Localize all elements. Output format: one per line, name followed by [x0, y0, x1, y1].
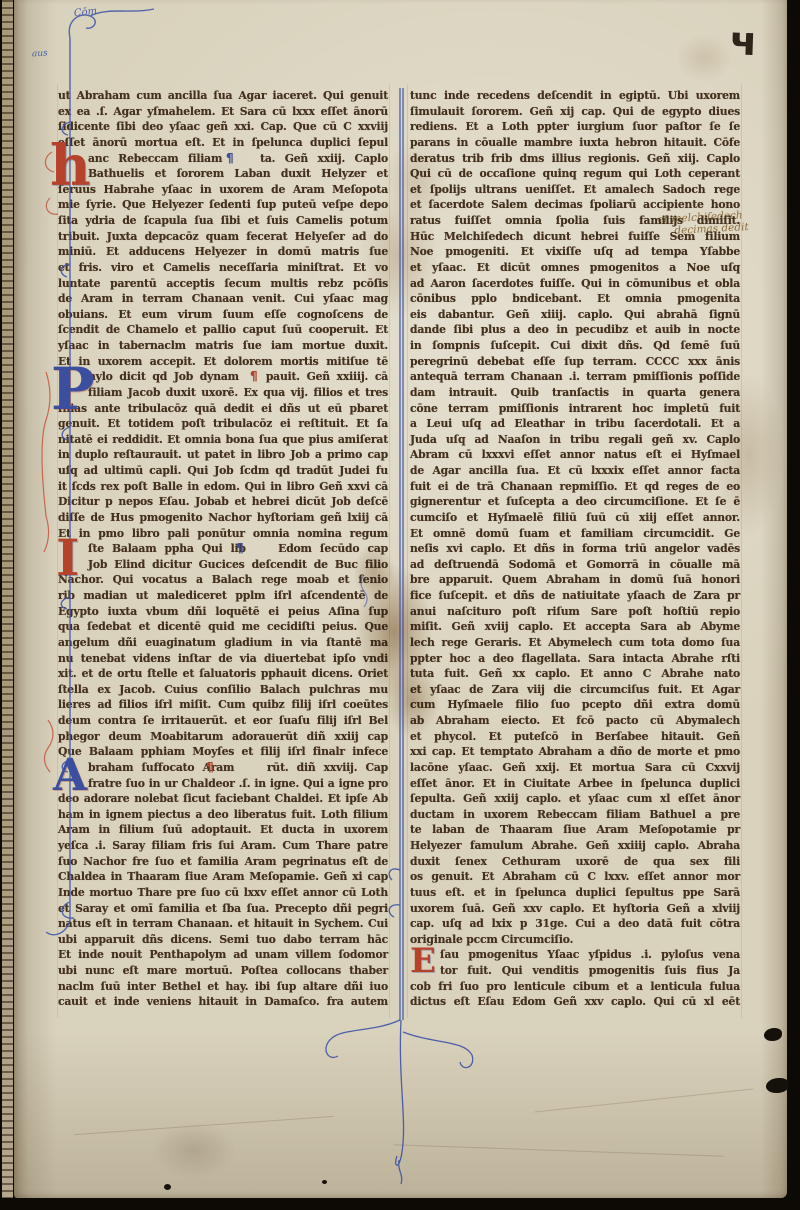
manuscript-line: phegor deum Moabitarum adorauerūt diñ xx…: [58, 729, 388, 745]
manuscript-line: in duplo reſtaurauit. ut patet in libro …: [58, 447, 388, 463]
parchment-crease: [394, 1144, 724, 1157]
margin-mark: aus: [32, 49, 48, 59]
manuscript-line: et phycol. Et puteſcō in Berſabee hitaui…: [410, 729, 740, 745]
manuscript-line: nitatē ei reddidit. Et omnia bona ſua qu…: [58, 432, 388, 448]
capitulum-mark: ¶: [250, 369, 257, 383]
manuscript-line: Aram in filium ſuū adoptauit. Et ducta i…: [58, 822, 388, 838]
manuscript-page: ч Cōm aus: [14, 0, 787, 1198]
manuscript-line: hylo dicit qd Job dynam pauit. Geñ xxiii…: [58, 369, 388, 385]
manuscript-line: tunc inde recedens deſcendit in egiptū. …: [410, 88, 740, 104]
manuscript-line: bre apparuit. Quem Abraham in domū ſuā h…: [410, 572, 740, 588]
manuscript-line: os genuit. Et Abraham cū C lxxv. eſſet a…: [410, 869, 740, 885]
manuscript-line: antequā terram Chanaan .i. terram pmiſſi…: [410, 369, 740, 385]
manuscript-line: et yſaac de Zara viij die circumciſus fu…: [410, 682, 740, 698]
manuscript-line: originale pccm Circumciſio.: [410, 932, 740, 948]
underlying-folio-edge: [2, 0, 13, 1198]
manuscript-line: ad deſtruendā Sodomā et Gomorrā in cōual…: [410, 557, 740, 573]
manuscript-line: tor fuit. Qui venditis pmogenitis ſuis f…: [410, 963, 740, 979]
manuscript-line: te laban de Thaaram ſiue Aram Meſopotami…: [410, 822, 740, 838]
manuscript-line: Hūc Melchiſedech dicunt hebrei fuiſſe Se…: [410, 229, 740, 245]
manuscript-line: Helyezer famulum Abrahe. Geñ xxiiij capl…: [410, 838, 740, 854]
text-column-left: ut Abraham cum ancilla ſua Agar iaceret.…: [58, 88, 388, 1018]
manuscript-line: et Saray et omī familia et ſba ſua. Prec…: [58, 901, 388, 917]
manuscript-line: angelum dñi euaginatum gladium in via ſt…: [58, 635, 388, 651]
manuscript-line: uſq ad ultimū capli. Qui Job ſcdm qd tra…: [58, 463, 388, 479]
capitulum-mark: ¶: [236, 541, 243, 555]
manuscript-line: Chaldea in Thaaram ſiue Aram Meſopamie. …: [58, 869, 388, 885]
manuscript-line: fratre ſuo in ur Chaldeor .ſ. in igne. Q…: [58, 776, 388, 792]
manuscript-line: qua ſedebat et dicentē quid me cecidiſti…: [58, 619, 388, 635]
manuscript-line: ad Aaron ſacerdotes fuiſſe. Qui in cōmun…: [410, 276, 740, 292]
capitulum-mark: ¶: [206, 760, 213, 774]
manuscript-line: natus eſt in terram Chanaan. et hitauit …: [58, 916, 388, 932]
manuscript-line: miniū. Et adducens Helyezer in domū matr…: [58, 244, 388, 260]
drop-cap-i: I: [56, 535, 79, 580]
manuscript-line: Nachor. Qui vocatus a Balach rege moab e…: [58, 572, 388, 588]
manuscript-line: deum contra ſe irritauerūt. et eor ſuaſu…: [58, 713, 388, 729]
manuscript-line: de Agar ancilla ſua. Et cū lxxxix eſſet …: [410, 463, 740, 479]
capitulum-mark: ¶: [226, 151, 233, 165]
drop-cap-a: A: [53, 756, 87, 796]
manuscript-line: Job Elind dicitur Gucices deſcendit de B…: [58, 557, 388, 573]
manuscript-line: Noe pmogeniti. Et vixiſſe uſq ad tempa Y…: [410, 244, 740, 260]
manuscript-line: eſſet ānor. Et in Ciuitate Arbee in ſpel…: [410, 776, 740, 792]
manuscript-line: genuit. Et totidem poſt tribulacōz ei re…: [58, 416, 388, 432]
manuscript-line: Que Balaam pphiam Moyſes et filij iſrl f…: [58, 744, 388, 760]
manuscript-line: tuta fuit. Geñ xx caplo. Et anno C Abrah…: [410, 666, 740, 682]
ink-speck: [322, 1180, 327, 1184]
manuscript-line: cōne terram pmiſſionis intrarent hoc imp…: [410, 401, 740, 417]
manuscript-line: ubi nunc eſt mare mortuū. Poſtea colloca…: [58, 963, 388, 979]
manuscript-line: luntate parentū acceptis ſecum multis re…: [58, 276, 388, 292]
manuscript-line: lech rege Geraris. Et Abymelech cum tota…: [410, 635, 740, 651]
manuscript-line: et yſaac. Et dicūt omnes pmogenitos a No…: [410, 260, 740, 276]
manuscript-line: lieres ad filios iſrl miſit. Cum quibz f…: [58, 697, 388, 713]
manuscript-line: ſte Balaam ppha Qui lib Edom ſecūdo cap: [58, 541, 388, 557]
drop-cap-h: h: [50, 141, 91, 191]
manuscript-line: peregrinū debebat eſſe ſup terram. CCCC …: [410, 354, 740, 370]
manuscript-line: Et in uxorem accepit. Et dolorem mortis …: [58, 354, 388, 370]
manuscript-line: eis dabantur. Geñ xiiij. caplo. Qui abra…: [410, 307, 740, 323]
manuscript-line: a Leui uſq ad Eleathar in tribu ſacerdot…: [410, 416, 740, 432]
manuscript-scan: { "page": { "folio_number": "4", "folio_…: [0, 0, 800, 1210]
manuscript-line: ubi apparuit dñs dicens. Semi tuo dabo t…: [58, 932, 388, 948]
manuscript-line: xxi cap. Et temptato Abraham a dño de mo…: [410, 744, 740, 760]
text-column-right: tunc inde recedens deſcendit in egiptū. …: [410, 88, 740, 1018]
manuscript-line: cob fri ſuo pro lenticule cibum et a len…: [410, 979, 740, 995]
manuscript-line: tribuit. Juxta depcacōz quam fecerat Hel…: [58, 229, 388, 245]
manuscript-line: cum Hyſmaele filio ſuo pcepto dñi extra …: [410, 697, 740, 713]
manuscript-line: parans in cōualle mambre iuxta hebron hi…: [410, 135, 740, 151]
manuscript-line: duxit ſenex Cethuram uxorē de qua sex fi…: [410, 854, 740, 870]
manuscript-line: eſſet ānorū mortua eſt. Et in ſpelunca d…: [58, 135, 388, 151]
manuscript-line: ſidicente ſibi deo yſaac geñ xxi. Cap. Q…: [58, 119, 388, 135]
manuscript-line: it ſcds rex poſt Balle in edom. Qui in l…: [58, 479, 388, 495]
manuscript-line: Et in pmo libro pali ponūtur omnia nomin…: [58, 526, 388, 542]
manuscript-line: ſau pmogenitus Yſaac yſpidus .i. pyloſus…: [410, 947, 740, 963]
parchment-crease: [74, 1116, 333, 1135]
manuscript-line: dande ſibi plus a deo in pecudibz et aui…: [410, 322, 740, 338]
manuscript-line: obuians. Et eum virum ſuum eſſe cognoſce…: [58, 307, 388, 323]
manuscript-line: cōnibus pplo bndicebant. Et omnia pmogen…: [410, 291, 740, 307]
ink-blot: [764, 1028, 782, 1041]
manuscript-line: neſis xvi caplo. Et dñs in forma triū an…: [410, 541, 740, 557]
manuscript-line: fice ſuſcepit. et dñs de natiuitate yſaa…: [410, 588, 740, 604]
manuscript-line: et fris. viro et Camelis neceſſaria mini…: [58, 260, 388, 276]
manuscript-line: rib madian ut malediceret pplm iſrl aſce…: [58, 588, 388, 604]
manuscript-line: ſtella ex Jacob. Cuius conſilio Balach p…: [58, 682, 388, 698]
manuscript-line: anc Rebeccam filiam ta. Geñ xxiij. Caplo: [58, 151, 388, 167]
manuscript-line: Dicitur p nepos Eſau. Jobab et hebrei di…: [58, 494, 388, 510]
manuscript-line: deratus trib frib dms illius regionis. G…: [410, 151, 740, 167]
manuscript-line: ſimulauit ſororem. Geñ xij cap. Qui de e…: [410, 104, 740, 120]
manuscript-line: yeſca .i. Saray filiam fris ſui Aram. Cu…: [58, 838, 388, 854]
manuscript-line: Et omnē domū ſuam et familiam circumcidi…: [410, 526, 740, 542]
manuscript-line: ſita ydria de ſcapula ſua ſibi et ſuis C…: [58, 213, 388, 229]
manuscript-line: tuus eſt. et in ſpelunca duplici ſepultu…: [410, 885, 740, 901]
manuscript-line: filias ante tribulacōz quā dedit ei dñs …: [58, 401, 388, 417]
manuscript-line: nu tenebat videns inſtar de via diuerteb…: [58, 651, 388, 667]
manuscript-line: braham ſuffocato Aram rūt. diñ xxviij. C…: [58, 760, 388, 776]
manuscript-line: Et inde nouit Penthapolym ad unam villem…: [58, 947, 388, 963]
manuscript-line: cauit et inde veniens hitauit in Damaſco…: [58, 994, 388, 1010]
ink-speck: [164, 1184, 171, 1190]
manuscript-line: Juda uſq ad Naaſon in tribu regali geñ x…: [410, 432, 740, 448]
drop-cap-e: E: [410, 946, 436, 977]
manuscript-line: ppter hoc a deo flagellata. Sara intacta…: [410, 651, 740, 667]
folio-number: ч: [729, 21, 776, 63]
manuscript-line: ſcendit de Chamelo et pallio caput ſuū c…: [58, 322, 388, 338]
manuscript-line: cap. uſq ad lxix p 31ge. Cui a deo datā …: [410, 916, 740, 932]
manuscript-line: uxorem ſuā. Geñ xxv caplo. Et hyſtoria G…: [410, 901, 740, 917]
ruling-line: [407, 84, 408, 1018]
manuscript-line: Abram cū lxxxvi eſſet annor natus eſt ei…: [410, 447, 740, 463]
manuscript-line: ſuo Nachor fre ſuo et familia Aram pegri…: [58, 854, 388, 870]
manuscript-line: ſepulta. Geñ xxiij caplo. et yſaac cum x…: [410, 791, 740, 807]
manuscript-line: dictus eſt Eſau Edom Geñ xxv caplo. Qui …: [410, 994, 740, 1010]
manuscript-line: gignerentur et ſuſcepta a deo circumciſi…: [410, 494, 740, 510]
manuscript-line: filiam Jacob duxit uxorē. Ex qua vij. fi…: [58, 385, 388, 401]
manuscript-line: anui naſcituro poſt riſum Sare poſt hoſt…: [410, 604, 740, 620]
manuscript-line: fuit ei de trā Chanaan repmiſſio. Et qd …: [410, 479, 740, 495]
manuscript-line: ſeruus Habrahe yſaac in uxorem de Aram M…: [58, 182, 388, 198]
manuscript-line: in ſompnis ſuſcepit. Cui dixit dñs. Qd ſ…: [410, 338, 740, 354]
manuscript-line: de Aram in terram Chanaan venit. Cui yſa…: [58, 291, 388, 307]
manuscript-line: et ſacerdote Salem decimas ſpoliarū acci…: [410, 197, 740, 213]
manuscript-line: xit. et de ortu ſtelle et ſaluatoris pph…: [58, 666, 388, 682]
ink-blot: [766, 1078, 789, 1093]
quire-mark: Cōm: [74, 7, 98, 19]
manuscript-line: diſſe de Hus pmogenito Nachor hyſtoriam …: [58, 510, 388, 526]
parchment-crease: [535, 1089, 754, 1113]
manuscript-line: ut Abraham cum ancilla ſua Agar iaceret.…: [58, 88, 388, 104]
manuscript-line: ab Abraham eiecto. Et fcō pacto cū Abyma…: [410, 713, 740, 729]
manuscript-line: naclm ſuū inter Bethel et hay. ibi ſup a…: [58, 979, 388, 995]
manuscript-line: Egypto iuxta vbum dñi loquētē ei peius A…: [58, 604, 388, 620]
manuscript-line: dam intrauit. Quib tranſactis in quarta …: [410, 385, 740, 401]
manuscript-line: rediens. Et a Loth ppter iurgium ſuor pa…: [410, 119, 740, 135]
manuscript-line: miſit. Geñ xviij caplo. Et accepta Sara …: [410, 619, 740, 635]
manuscript-line: Inde mortuo Thare pre ſuo cū lxxv eſſet …: [58, 885, 388, 901]
manuscript-line: deo adorare nolebat ſicut faciebant Chal…: [58, 791, 388, 807]
manuscript-line: ex ea .ſ. Agar yſmahelem. Et Sara cū lxx…: [58, 104, 388, 120]
manuscript-line: ham in ignem piectus a deo liberatus fui…: [58, 807, 388, 823]
manuscript-line: Qui cū de occaſione quinq regum qui Loth…: [410, 166, 740, 182]
manuscript-line: et ſpolijs ultrans ueniſſet. Et amalech …: [410, 182, 740, 198]
manuscript-line: Bathuelis et ſororem Laban duxit Helyzer…: [58, 166, 388, 182]
manuscript-line: lacōne yſaac. Geñ xxij. Et mortua Sara c…: [410, 760, 740, 776]
manuscript-line: ductam in uxorem Rebeccam filiam Bathuel…: [410, 807, 740, 823]
manuscript-line: mie ſyrie. Que Helyezer ſedenti ſup pute…: [58, 197, 388, 213]
drop-cap-p: P: [51, 363, 94, 415]
manuscript-line: ratus fuiſſet omnia ſpolia ſuis familijs…: [410, 213, 740, 229]
manuscript-line: cumciſo et Hyſmaelē filiū ſuū cū xiij eſ…: [410, 510, 740, 526]
manuscript-line: yſaac in tabernaclm matris ſue iam mortu…: [58, 338, 388, 354]
ruling-line: [389, 84, 390, 1018]
